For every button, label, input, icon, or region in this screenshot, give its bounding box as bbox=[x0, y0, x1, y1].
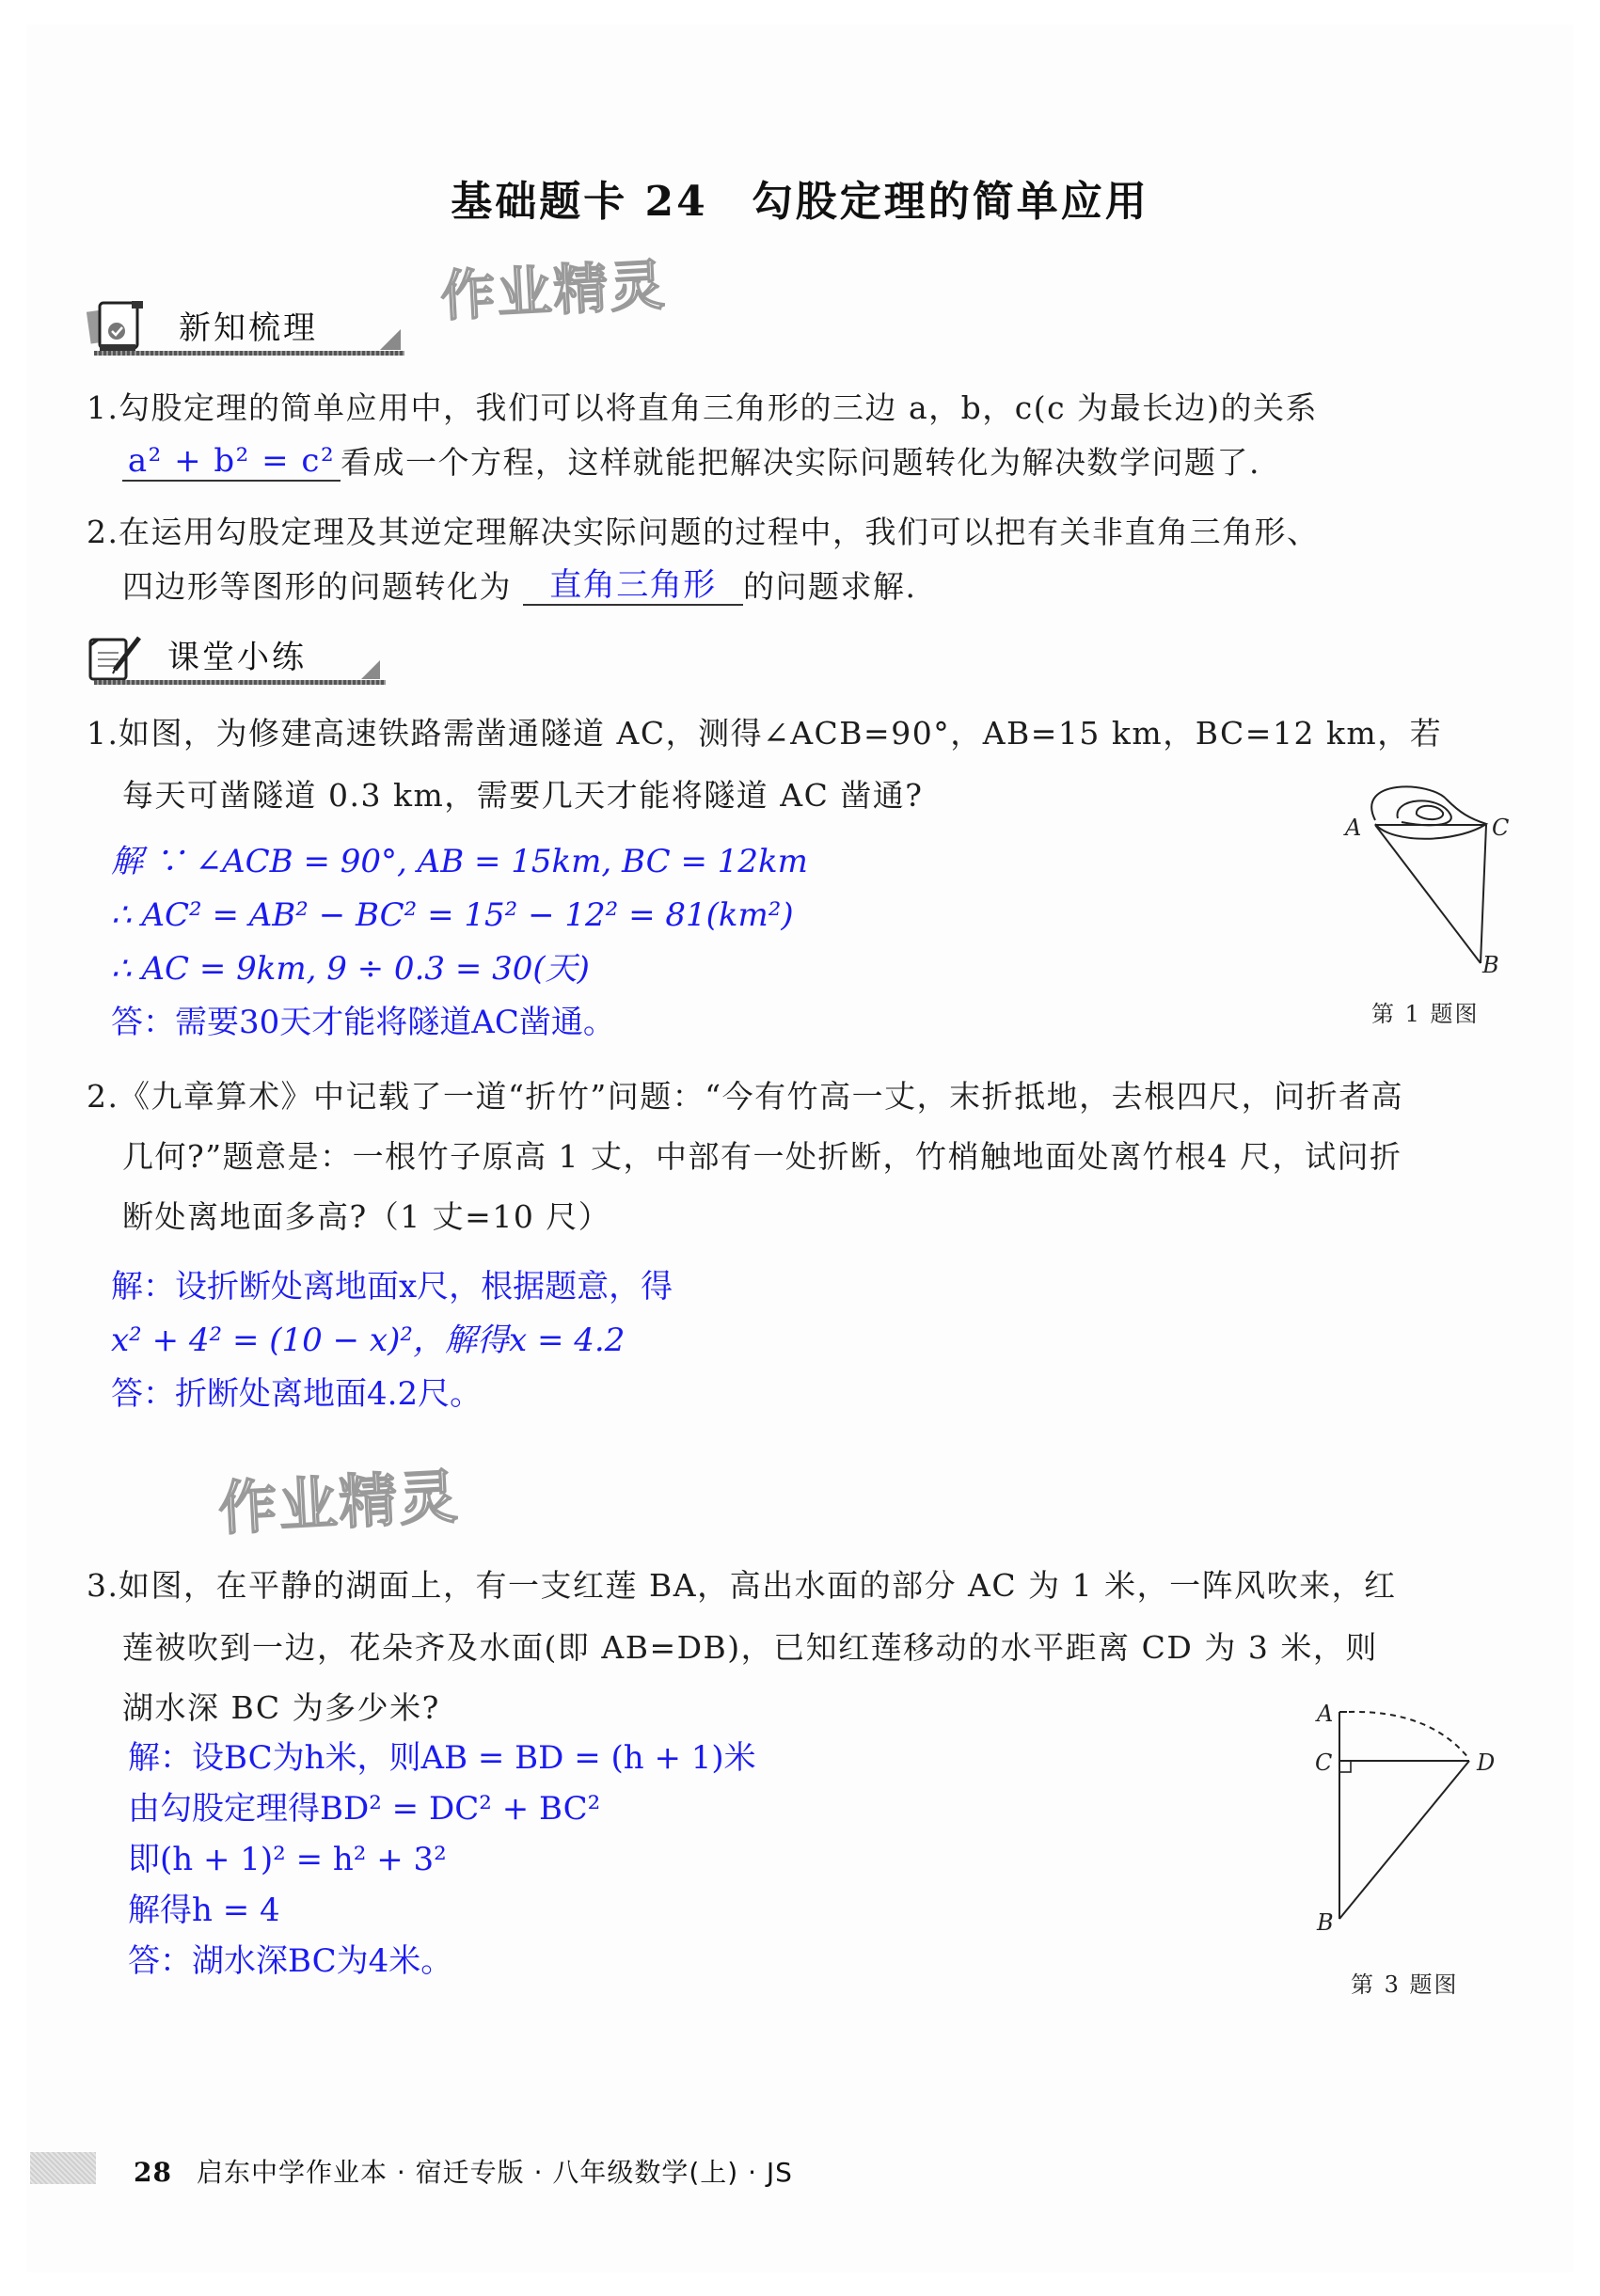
vertex-label-b: B bbox=[1481, 952, 1499, 978]
section-underline bbox=[94, 680, 386, 685]
answer-3: 解：设BC为h米，则AB = BD = (h + 1)米 由勾股定理得BD² =… bbox=[128, 1733, 756, 1987]
section-heading: 新知梳理 bbox=[179, 302, 318, 348]
question-3-line-2: 莲被吹到一边，花朵齐及水面(即 AB=DB)，已知红莲移动的水平距离 CD 为 … bbox=[122, 1629, 1524, 1667]
question-2: 2.《九章算术》中记载了一道“折竹”问题：“今有竹高一丈，末折抵地，去根四尺，问… bbox=[87, 1078, 1516, 1116]
footer: 28启东中学作业本 · 宿迁专版 · 八年级数学(上) · JS bbox=[134, 2152, 793, 2190]
answer-line: 解：设BC为h米，则AB = BD = (h + 1)米 bbox=[128, 1733, 756, 1783]
question-1-line-2: 每天可凿隧道 0.3 km，需要几天才能将隧道 AC 凿通? bbox=[122, 777, 1345, 815]
answer-line: 即(h + 1)² = h² + 3² bbox=[128, 1834, 756, 1885]
question-2-line-2: 几何?”题意是：一根竹子原高 1 丈，中部有一处折断，竹梢触地面处离竹根4 尺，… bbox=[122, 1138, 1524, 1176]
vertex-label-d: D bbox=[1476, 1750, 1495, 1776]
footer-tab-marker bbox=[30, 2152, 96, 2184]
answer-line: 答：需要30天才能将隧道AC凿通。 bbox=[111, 996, 808, 1050]
question-text: 《九章算术》中记载了一道“折竹”问题：“今有竹高一丈，末折抵地，去根四尺，问折者… bbox=[119, 1078, 1403, 1115]
answer-line: 解 ∵ ∠ACB = 90°, AB = 15km, BC = 12km bbox=[111, 835, 808, 889]
lotus-triangle-diagram: A C D B bbox=[1307, 1693, 1524, 1947]
figure-1: A C B 第 1 题图 bbox=[1336, 781, 1524, 1035]
tunnel-triangle-diagram: A C B bbox=[1336, 781, 1524, 997]
section-heading: 课堂小练 bbox=[167, 631, 307, 677]
answer-1: 解 ∵ ∠ACB = 90°, AB = 15km, BC = 12km ∴ A… bbox=[111, 835, 808, 1050]
answer-line: ∴ AC = 9km, 9 ÷ 0.3 = 30(天) bbox=[111, 942, 808, 996]
section-underline bbox=[94, 351, 404, 356]
topic-title: 勾股定理的简单应用 bbox=[752, 178, 1149, 226]
answer-line: ∴ AC² = AB² − BC² = 15² − 12² = 81(km²) bbox=[111, 889, 808, 942]
vertex-label-c: C bbox=[1315, 1750, 1332, 1776]
section-header-practice: 课堂小练 bbox=[87, 628, 388, 685]
question-2-line-3: 断处离地面多高?（1 丈=10 尺） bbox=[122, 1198, 1524, 1236]
question-3: 3.如图，在平静的湖面上，有一支红莲 BA，高出水面的部分 AC 为 1 米，一… bbox=[87, 1567, 1516, 1605]
knowledge-item-1: 1.勾股定理的简单应用中，我们可以将直角三角形的三边 a，b，c(c 为最长边)… bbox=[87, 389, 1516, 427]
page-number: 28 bbox=[134, 2157, 172, 2188]
fill-blank-answer: a² + b² = c² bbox=[122, 442, 341, 482]
triangle-marker-icon bbox=[380, 329, 401, 350]
footer-book-title: 启东中学作业本 · 宿迁专版 · 八年级数学(上) · JS bbox=[197, 2157, 793, 2188]
figure-3: A C D B 第 3 题图 bbox=[1307, 1693, 1524, 2003]
fill-blank-answer: 直角三角形 bbox=[523, 566, 743, 606]
vertex-label-b: B bbox=[1316, 1909, 1334, 1936]
answer-line: 答：湖水深BC为4米。 bbox=[128, 1936, 756, 1987]
page-title: 基础题卡 24勾股定理的简单应用 bbox=[0, 167, 1600, 228]
notebook-pen-icon bbox=[87, 632, 147, 685]
answer-line: 由勾股定理得BD² = DC² + BC² bbox=[128, 1783, 756, 1834]
vertex-label-a: A bbox=[1315, 1701, 1333, 1727]
knowledge-text: 四边形等图形的问题转化为 bbox=[122, 568, 512, 605]
answer-line: x² + 4² = (10 − x)²，解得x = 4.2 bbox=[111, 1314, 673, 1368]
question-text: 如图，在平静的湖面上，有一支红莲 BA，高出水面的部分 AC 为 1 米，一阵风… bbox=[119, 1567, 1397, 1604]
watermark-middle: 作业精灵 bbox=[216, 1449, 461, 1545]
knowledge-text: 的问题求解. bbox=[743, 568, 917, 605]
knowledge-item-2: 2.在运用勾股定理及其逆定理解决实际问题的过程中，我们可以把有关非直角三角形、 bbox=[87, 514, 1516, 551]
triangle-marker-icon bbox=[361, 660, 380, 679]
answer-line: 答：折断处离地面4.2尺。 bbox=[111, 1368, 673, 1421]
vertex-label-c: C bbox=[1492, 815, 1509, 841]
figure-caption: 第 3 题图 bbox=[1351, 1966, 1459, 1999]
answer-line: 解得h = 4 bbox=[128, 1885, 756, 1936]
figure-caption: 第 1 题图 bbox=[1371, 995, 1480, 1028]
knowledge-text: 看成一个方程，这样就能把解决实际问题转化为解决数学问题了. bbox=[341, 444, 1260, 481]
card-number: 基础题卡 24 bbox=[451, 178, 708, 226]
knowledge-item-1-line-2: a² + b² = c²看成一个方程，这样就能把解决实际问题转化为解决数学问题了… bbox=[122, 442, 1514, 482]
answer-line: 解：设折断处离地面x尺，根据题意，得 bbox=[111, 1260, 673, 1314]
section-header-new-knowledge: 新知梳理 bbox=[87, 299, 406, 356]
answer-2: 解：设折断处离地面x尺，根据题意，得 x² + 4² = (10 − x)²，解… bbox=[111, 1260, 673, 1421]
question-text: 如图，为修建高速铁路需凿通隧道 AC，测得∠ACB=90°，AB=15 km，B… bbox=[119, 715, 1442, 752]
watermark-top: 作业精灵 bbox=[438, 241, 668, 331]
knowledge-text: 勾股定理的简单应用中，我们可以将直角三角形的三边 a，b，c(c 为最长边)的关… bbox=[119, 389, 1318, 426]
question-3-line-3: 湖水深 BC 为多少米? bbox=[122, 1689, 1251, 1727]
vertex-label-a: A bbox=[1343, 815, 1361, 841]
certificate-icon bbox=[87, 297, 158, 356]
knowledge-item-2-line-2: 四边形等图形的问题转化为 直角三角形的问题求解. bbox=[122, 566, 1514, 606]
knowledge-text: 在运用勾股定理及其逆定理解决实际问题的过程中，我们可以把有关非直角三角形、 bbox=[119, 514, 1320, 550]
question-1: 1.如图，为修建高速铁路需凿通隧道 AC，测得∠ACB=90°，AB=15 km… bbox=[87, 715, 1516, 752]
